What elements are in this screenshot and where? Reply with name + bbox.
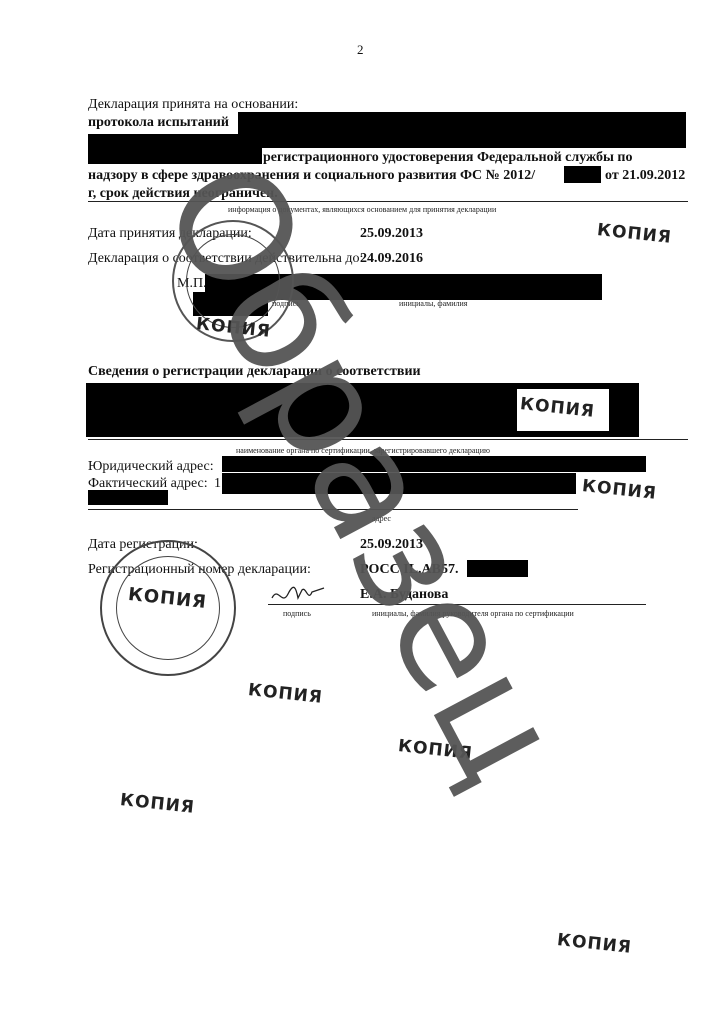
copy-stamp: КОПИЯ (119, 790, 196, 818)
actual-address-prefix: 1 (214, 476, 221, 492)
reg-signature-caption: подпись (283, 609, 311, 619)
initials-caption: инициалы, фамилия (399, 299, 467, 309)
valid-until-value: 24.09.2016 (360, 251, 423, 267)
copy-stamp: КОПИЯ (247, 680, 324, 708)
address-caption: адрес (372, 514, 391, 524)
redacted-legal-address (222, 456, 646, 472)
page-number: 2 (357, 42, 364, 58)
org-rule (88, 439, 688, 440)
protocol-label: протокола испытаний (88, 115, 229, 131)
redacted-protocol (238, 112, 686, 134)
head-caption: инициалы, фамилия руководителя органа по… (372, 609, 574, 619)
redacted-protocol-line2 (88, 134, 686, 148)
org-caption: наименование органа по сертификации, зар… (236, 446, 490, 456)
copy-stamp: КОПИЯ (581, 476, 658, 504)
copy-stamp: КОПИЯ (397, 736, 474, 764)
basis-heading: Декларация принята на основании: (88, 97, 298, 113)
reg-date-value: 25.09.2013 (360, 537, 423, 553)
reg-number-value: РОСС IL.АВ57. (360, 562, 459, 578)
basis-rule (88, 201, 688, 202)
head-name: Е.А. Буданова (360, 587, 448, 603)
copy-stamp: КОПИЯ (596, 220, 673, 248)
redacted-fs-number (564, 166, 601, 183)
redacted-actual-address (222, 473, 576, 494)
redacted-actual-address-line2 (88, 490, 168, 505)
copy-stamp: КОПИЯ (556, 930, 633, 958)
registration-text-2: надзору в сфере здравоохранения и социал… (88, 168, 535, 184)
address-rule (88, 509, 578, 510)
signature-rule (268, 604, 646, 605)
redacted-reg-number (467, 560, 528, 577)
registration-text-3: г, срок действия неограничен. (88, 186, 278, 202)
legal-address-label: Юридический адрес: (88, 459, 214, 475)
basis-caption: информация о документах, являющихся осно… (228, 205, 496, 215)
registration-heading: Сведения о регистрации декларации о соот… (88, 364, 421, 380)
registration-date: от 21.09.2012 (605, 168, 685, 184)
acceptance-date-value: 25.09.2013 (360, 226, 423, 242)
registration-text-1: регистрационного удостоверения Федеральн… (263, 150, 632, 166)
redacted-protocol-line3 (88, 148, 262, 164)
